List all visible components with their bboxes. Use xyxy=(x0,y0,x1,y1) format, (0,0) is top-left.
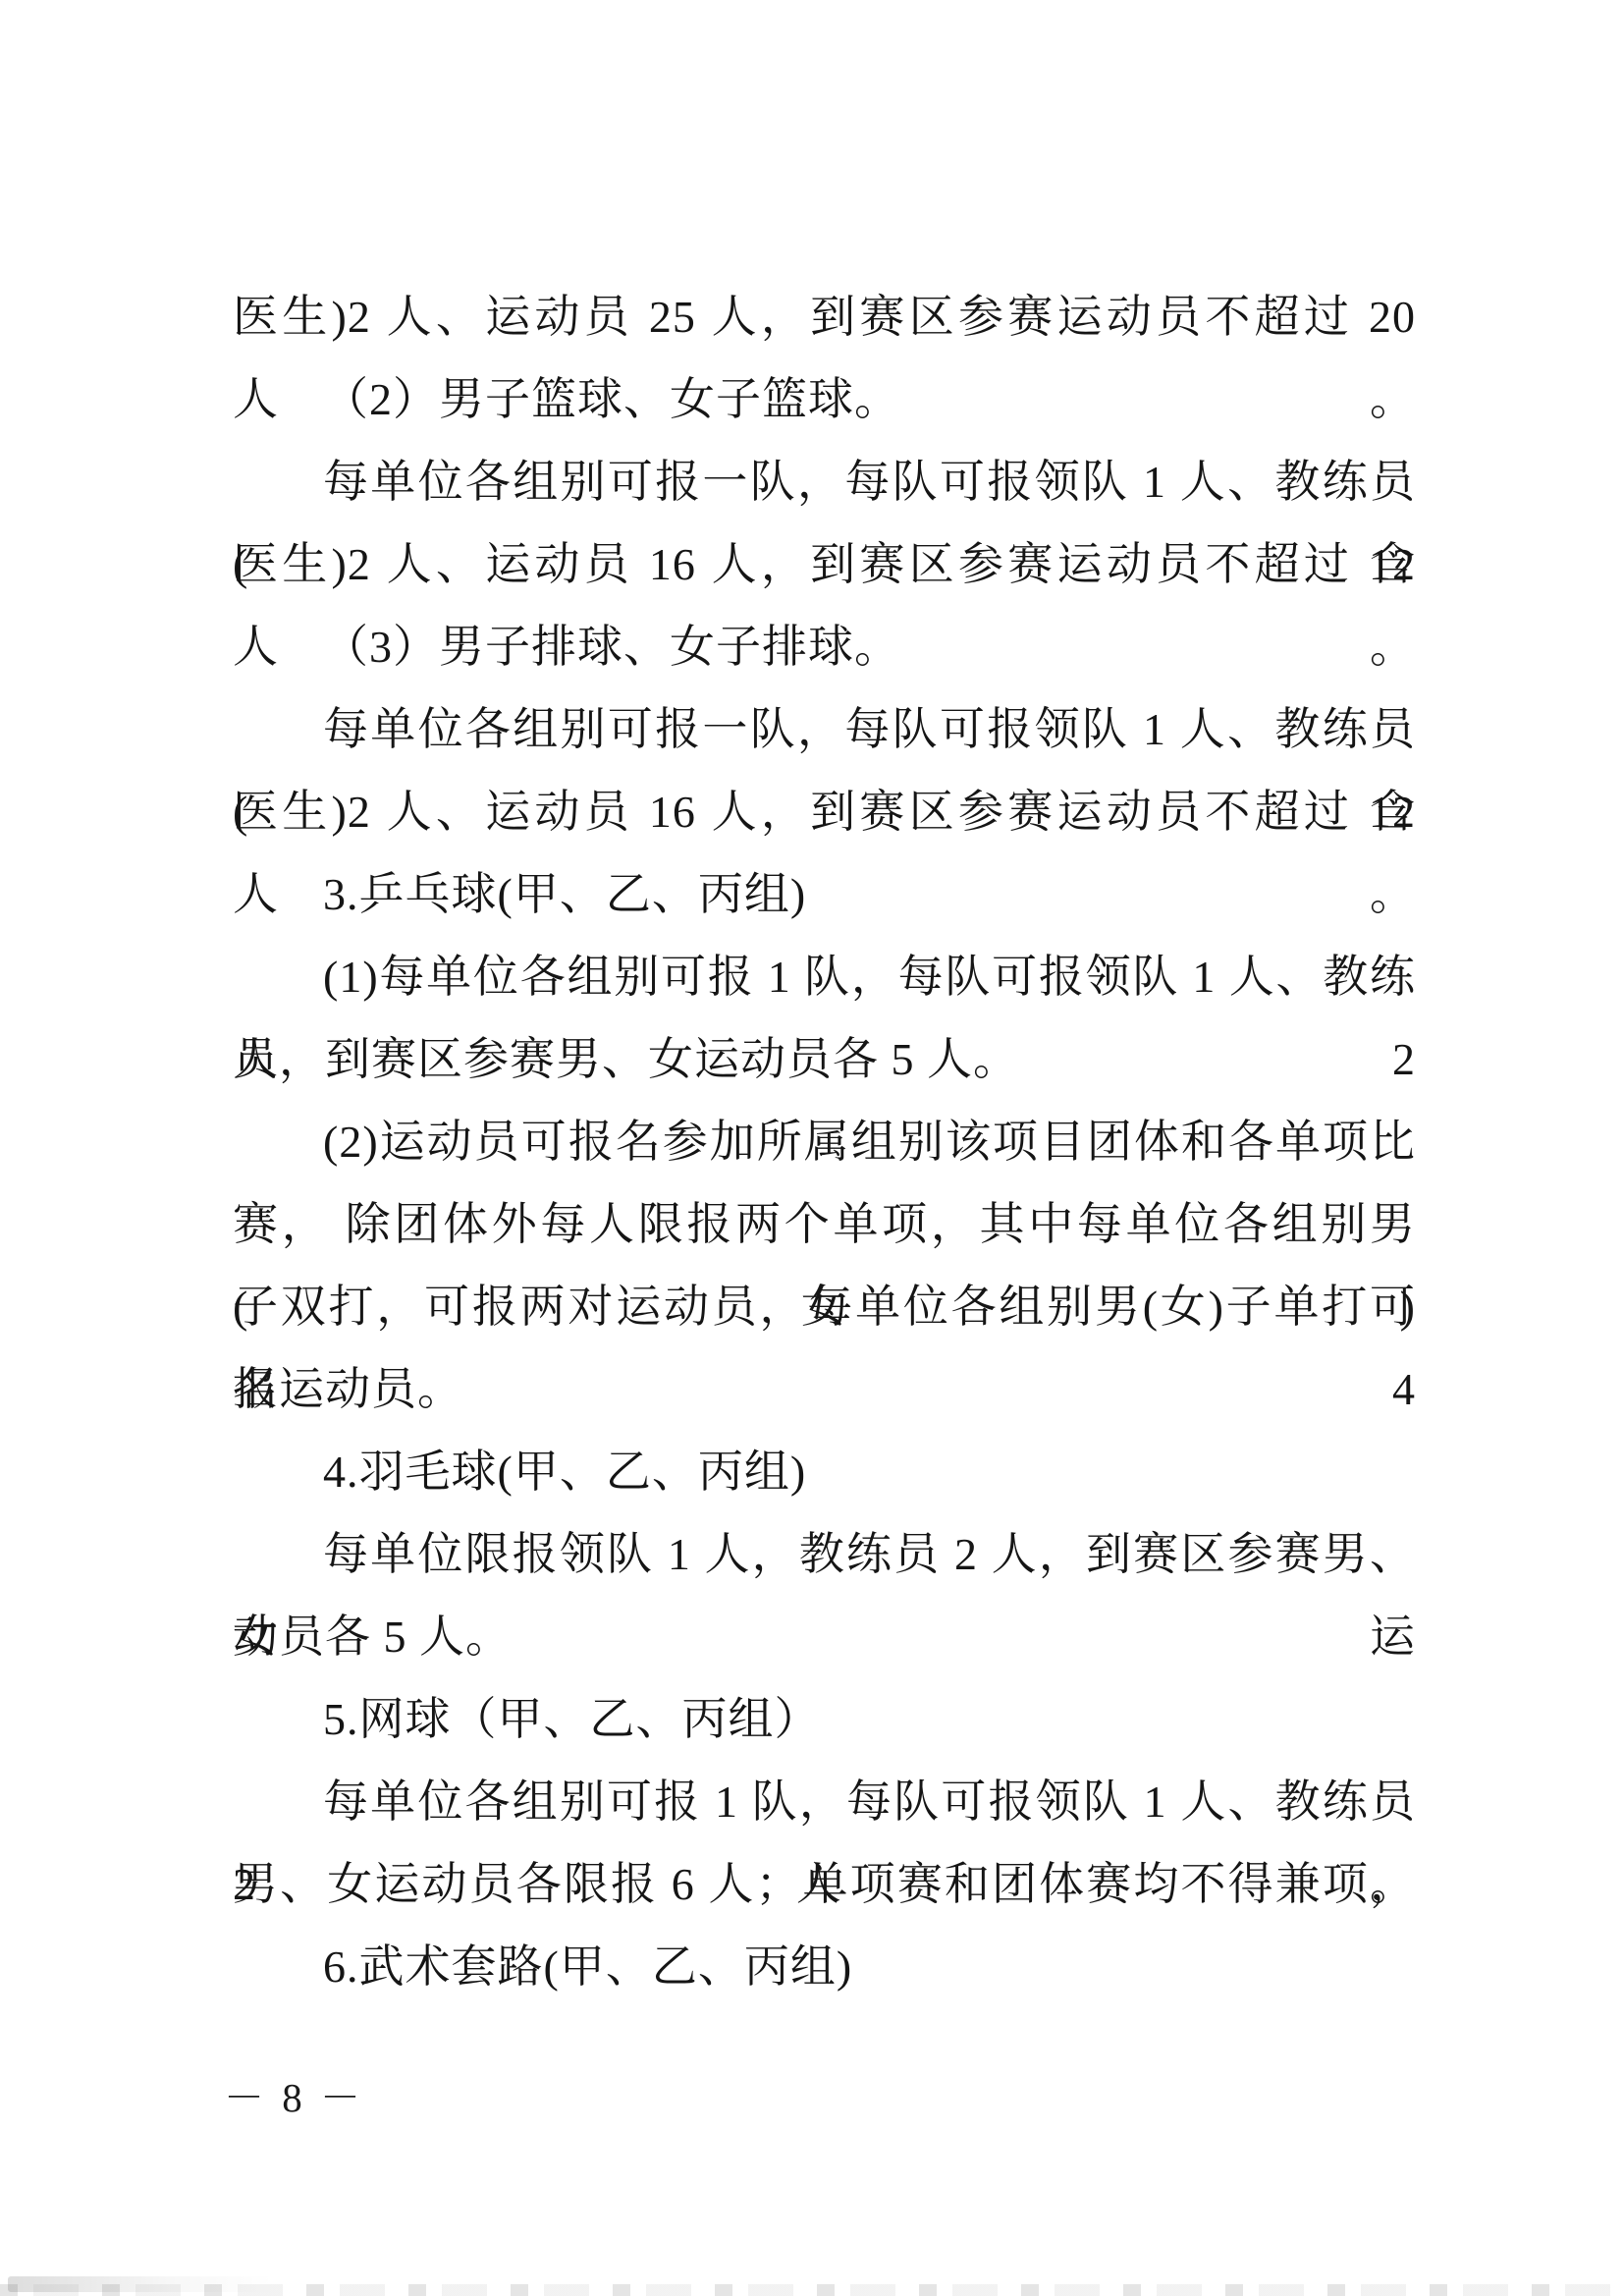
text-line: 赛， 除团体外每人限报两个单项，其中每单位各组别男(女) xyxy=(233,1183,1416,1266)
text-line: 子双打，可报两对运动员，每单位各组别男(女)子单打可报 4 xyxy=(233,1266,1416,1348)
text-line: 医生)2 人、运动员 16 人，到赛区参赛运动员不超过 12 人。 xyxy=(233,771,1416,853)
text-line: (2)运动员可报名参加所属组别该项目团体和各单项比 xyxy=(233,1101,1416,1183)
text-line: 5.网球（甲、乙、丙组） xyxy=(233,1678,1416,1761)
text-line: 4.羽毛球(甲、乙、丙组) xyxy=(233,1431,1416,1513)
text-line: 每单位各组别可报一队，每队可报领队 1 人、教练员(含 xyxy=(233,441,1416,523)
document-body: 医生)2 人、运动员 25 人，到赛区参赛运动员不超过 20 人。（2）男子篮球… xyxy=(233,276,1416,2008)
page-number: － 8 － xyxy=(224,2065,364,2123)
text-line: 男、女运动员各限报 6 人；单项赛和团体赛均不得兼项。 xyxy=(233,1843,1416,1926)
text-line: 医生)2 人、运动员 25 人，到赛区参赛运动员不超过 20 人。 xyxy=(233,276,1416,358)
document-page: 医生)2 人、运动员 25 人，到赛区参赛运动员不超过 20 人。（2）男子篮球… xyxy=(0,0,1623,2296)
text-line: 每单位各组别可报一队，每队可报领队 1 人、教练员(含 xyxy=(233,688,1416,771)
text-line: 医生)2 人、运动员 16 人，到赛区参赛运动员不超过 12 人。 xyxy=(233,523,1416,606)
text-line: 6.武术套路(甲、乙、丙组) xyxy=(233,1926,1416,2008)
text-line: 每单位各组别可报 1 队，每队可报领队 1 人、教练员 2 人， xyxy=(233,1761,1416,1843)
scan-noise-strip xyxy=(0,2284,1623,2296)
text-line: (1)每单位各组别可报 1 队，每队可报领队 1 人、教练员 2 xyxy=(233,936,1416,1018)
text-line: 每单位限报领队 1 人，教练员 2 人，到赛区参赛男、女运 xyxy=(233,1513,1416,1596)
